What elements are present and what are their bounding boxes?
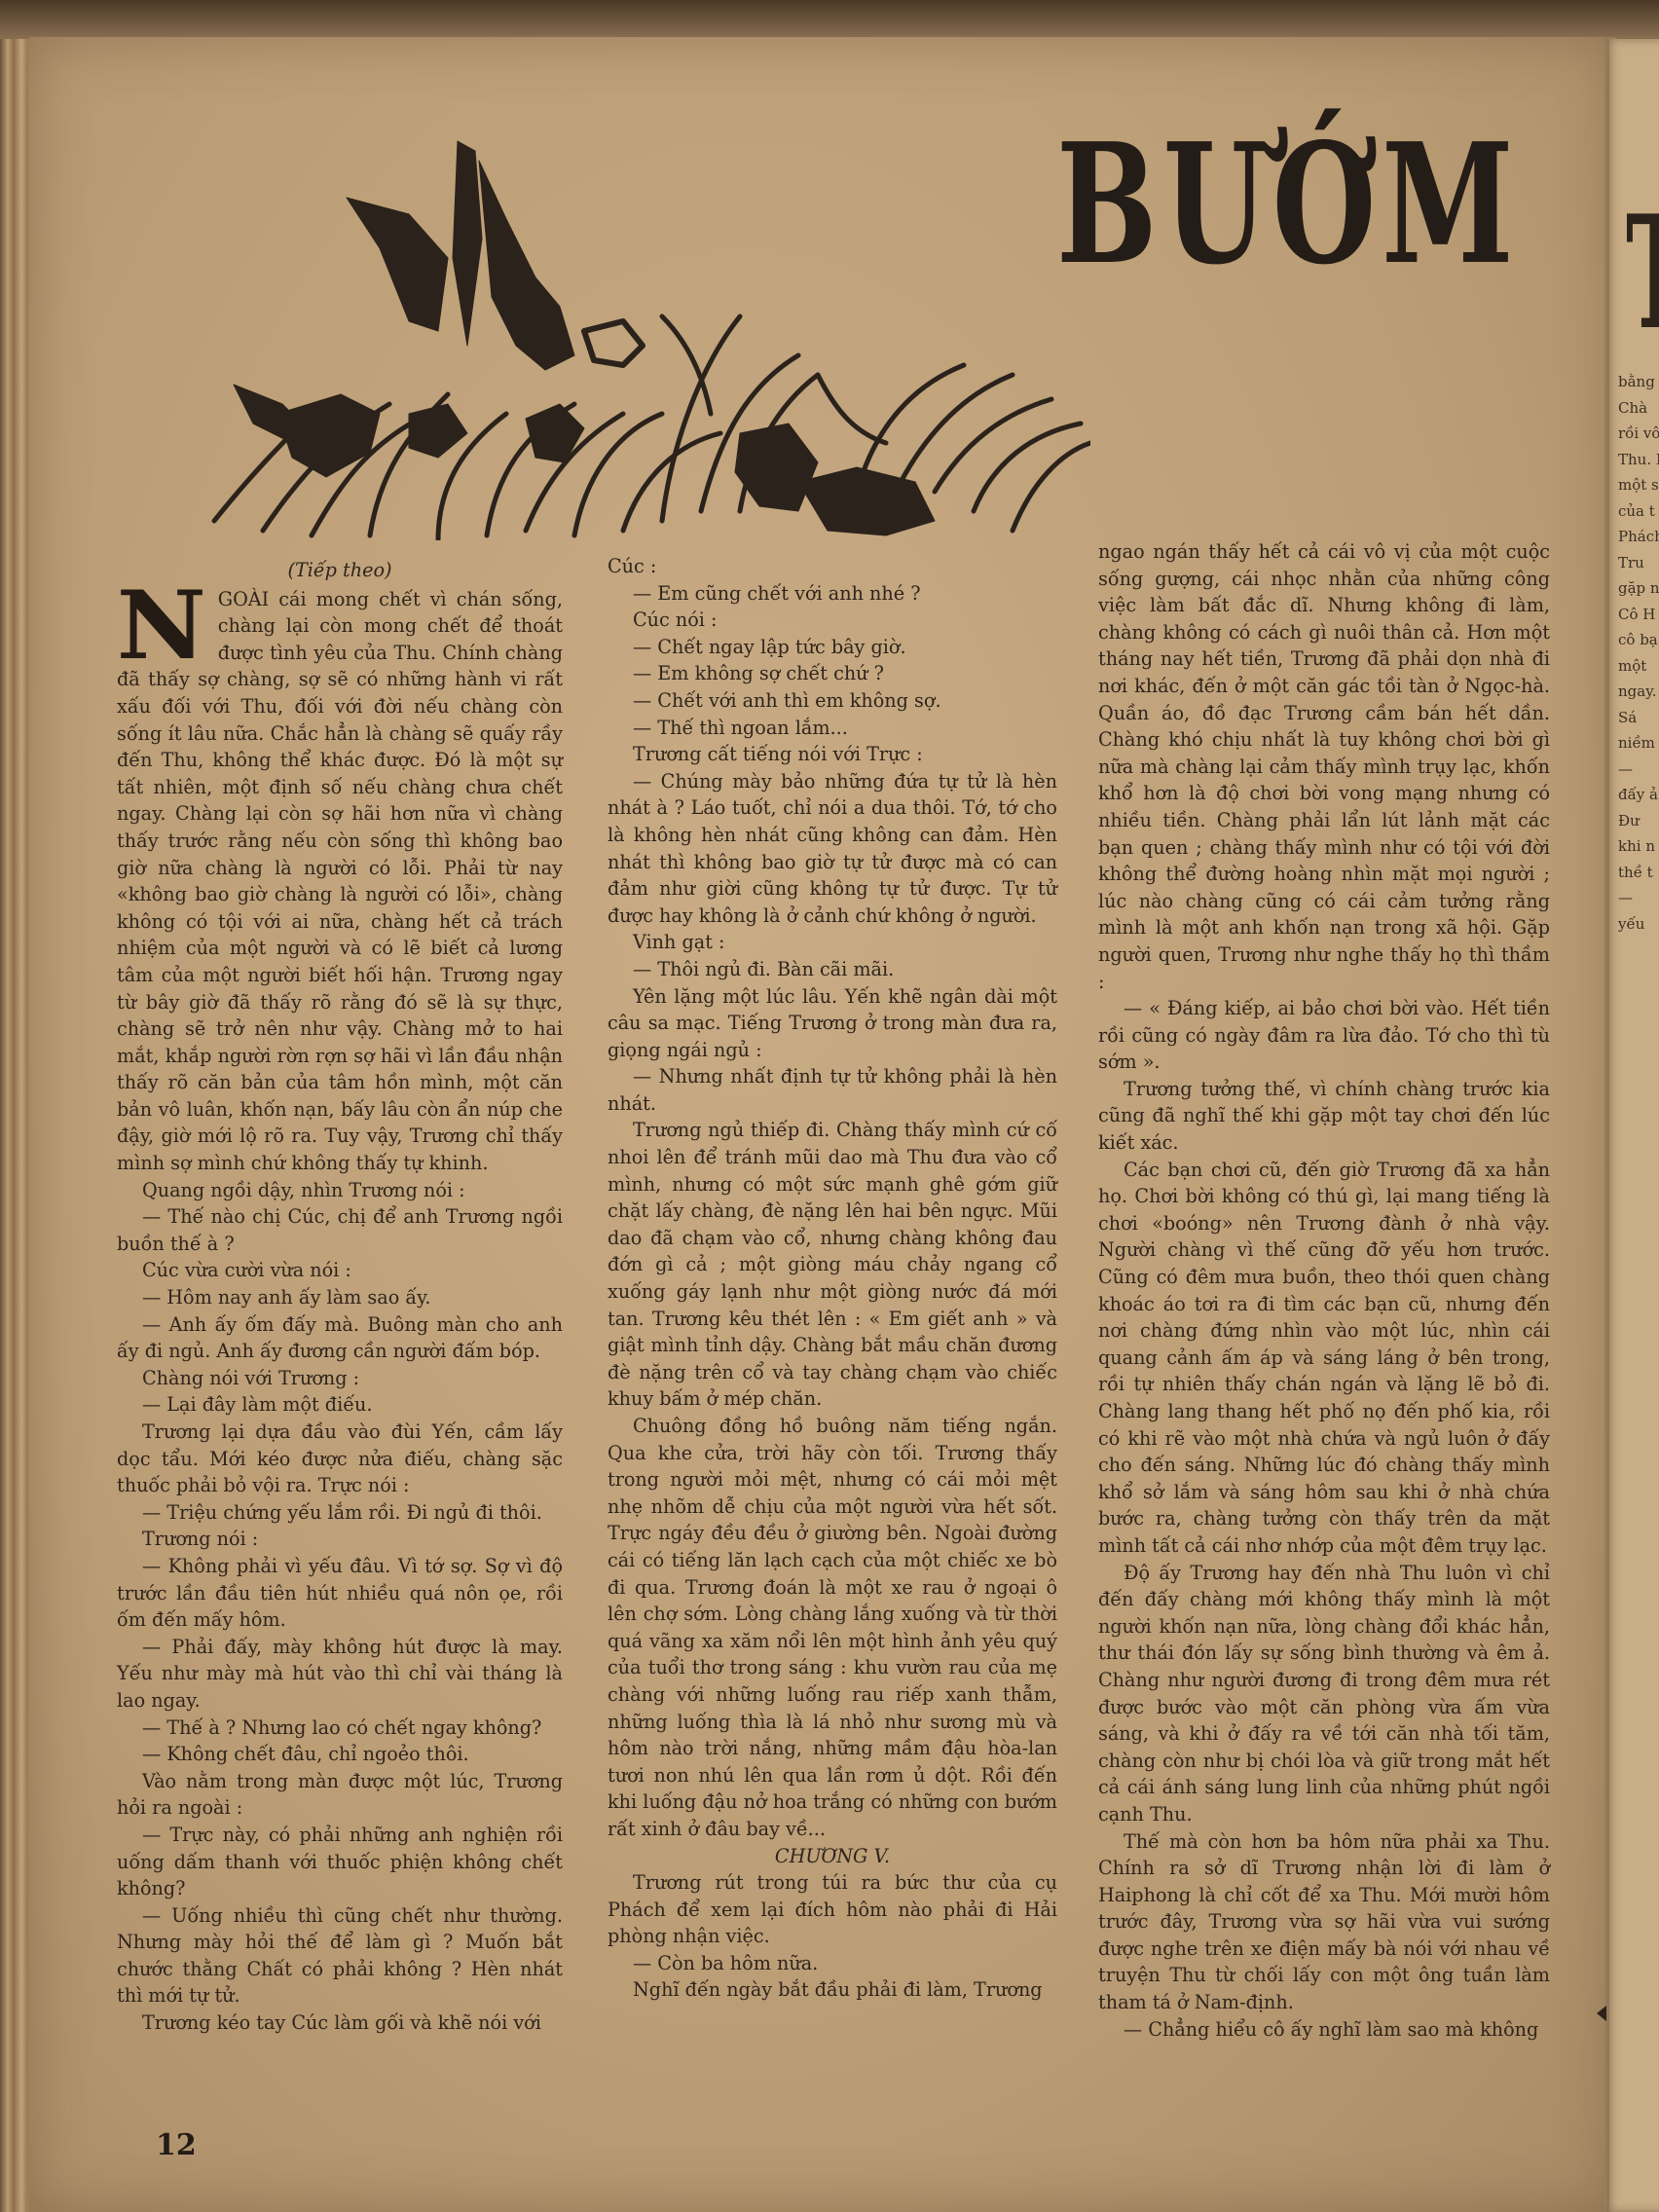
text-column-1: (Tiếp theo) NGOÀI cái mong chết vì chán … [117,557,563,2037]
next-page-line-fragment: Phách [1618,530,1659,544]
paragraph: — « Đáng kiếp, ai bảo chơi bời vào. Hết … [1098,995,1550,1076]
paragraph: — Không phải vì yếu đâu. Vì tớ sợ. Sợ vì… [117,1553,563,1634]
paragraph: Chuông đồng hồ buông năm tiếng ngắn. Qua… [608,1413,1057,1843]
next-page-line-fragment: ngay. [1618,684,1656,699]
paragraph: Trương lại dựa đầu vào đùi Yến, cầm lấy … [117,1419,563,1499]
next-page-line-fragment: Thu. N [1618,453,1659,467]
paragraph: — Triệu chứng yếu lắm rồi. Đi ngủ đi thô… [117,1499,563,1527]
paragraph: Các bạn chơi cũ, đến giờ Trương đã xa hẳ… [1098,1157,1550,1560]
next-page-line-fragment: — [1618,891,1633,905]
paragraph: — Nhưng nhất định tự tử không phải là hè… [608,1063,1057,1117]
next-page-line-fragment: một s [1618,478,1659,493]
paragraph: — Phải đấy, mày không hút được là may. Y… [117,1634,563,1714]
paragraph: Trương kéo tay Cúc làm gối và khẽ nói vớ… [117,2009,563,2037]
paragraph: Vinh gạt : [608,929,1057,956]
paragraph: NGOÀI cái mong chết vì chán sống, chàng … [117,586,563,1177]
next-page-line-fragment: Sá [1618,711,1637,725]
next-page-line-fragment: Chà [1618,401,1647,416]
paragraph: Trương cất tiếng nói với Trực : [608,741,1057,768]
paragraph: Quang ngồi dậy, nhìn Trương nói : [117,1177,563,1204]
paragraph: — Thế nào chị Cúc, chị để anh Trương ngồ… [117,1203,563,1257]
next-page-line-fragment: đấy ả [1618,788,1658,802]
next-page-line-fragment: rồi vô [1618,426,1659,441]
paragraph: Trương tưởng thế, vì chính chàng trước k… [1098,1076,1550,1157]
paragraph: — Anh ấy ốm đấy mà. Buông màn cho anh ấy… [117,1311,563,1365]
paragraph: — Chúng mày bảo những đứa tự tử là hèn n… [608,768,1057,930]
next-page-line-fragment: cô bạ [1618,633,1658,647]
page-number: 12 [156,2128,197,2162]
continue-arrow-icon [1597,2006,1606,2021]
butterfly-woodcut-illustration [117,122,1090,540]
next-page-line-fragment: bằng l [1618,375,1659,389]
paragraph: Chàng nói với Trương : [117,1365,563,1392]
paragraph: Vào nằm trong màn được một lúc, Trương h… [117,1768,563,1822]
paragraph: — Uống nhiều thì cũng chết như thường. N… [117,1902,563,2009]
paragraph: Yên lặng một lúc lâu. Yến khẽ ngân dài m… [608,983,1057,1064]
paragraph: Cúc : [608,553,1057,580]
paragraph: — Em không sợ chết chứ ? [608,660,1057,687]
paragraph: — Chết với anh thì em không sợ. [608,687,1057,715]
paragraph: — Hôm nay anh ấy làm sao ấy. [117,1284,563,1311]
page-crease [1606,39,1609,2212]
paragraph: — Chẳng hiểu cô ấy nghĩ làm sao mà không [1098,2016,1550,2044]
article-title: BƯỚM [1056,122,1519,287]
paragraph: Trương rút trong túi ra bức thư của cụ P… [608,1869,1057,1950]
paragraph: — Chết ngay lập tức bây giờ. [608,634,1057,661]
paragraph: — Thế à ? Nhưng lao có chết ngay không? [117,1714,563,1742]
paragraph: Độ ấy Trương hay đến nhà Thu luôn vì chỉ… [1098,1560,1550,1828]
next-page-line-fragment: — [1618,762,1633,777]
chapter-heading: CHƯƠNG V. [608,1843,1057,1870]
text-column-3: ngao ngán thấy hết cả cái vô vị của một … [1098,538,1550,2043]
next-page-line-fragment: của t [1618,504,1655,519]
paragraph: — Không chết đâu, chỉ ngoẻo thôi. [117,1741,563,1768]
paragraph: Trương nói : [117,1526,563,1553]
next-page-line-fragment: Đư [1618,814,1640,829]
text-column-2: Cúc : — Em cũng chết với anh nhé ? Cúc n… [608,553,1057,2004]
next-page-line-fragment: yếu [1618,917,1644,932]
next-page-line-fragment: thề t [1618,866,1653,880]
next-page-line-fragment: niềm [1618,736,1655,751]
next-page-line-fragment: gặp n [1618,581,1659,596]
paragraph: — Em cũng chết với anh nhé ? [608,580,1057,608]
paragraph: — Trực này, có phải những anh nghiện rồi… [117,1822,563,1902]
paragraph: — Thôi ngủ đi. Bàn cãi mãi. [608,956,1057,983]
paragraph: Nghĩ đến ngày bắt đầu phải đi làm, Trươn… [608,1976,1057,2004]
next-page-edge: T bằng lChàrồi vôThu. Nmột scủa tPháchTr… [1604,39,1659,2212]
paragraph: — Lại đây làm một điếu. [117,1391,563,1419]
paragraph: — Còn ba hôm nữa. [608,1950,1057,1977]
next-page-line-fragment: Tru [1618,556,1644,571]
next-page-title-fragment: T [1626,195,1659,350]
paragraph: Cúc vừa cười vừa nói : [117,1257,563,1284]
paragraph: Thế mà còn hơn ba hôm nữa phải xa Thu. C… [1098,1828,1550,2016]
paragraph: Trương ngủ thiếp đi. Chàng thấy mình cứ … [608,1117,1057,1413]
paragraph: — Thế thì ngoan lắm... [608,715,1057,742]
next-page-line-fragment: khi n [1618,839,1655,854]
paragraph: Cúc nói : [608,607,1057,634]
paragraph: ngao ngán thấy hết cả cái vô vị của một … [1098,538,1550,995]
next-page-line-fragment: Cô H [1618,608,1655,622]
next-page-line-fragment: một [1618,659,1646,674]
drop-cap: N [117,590,206,662]
